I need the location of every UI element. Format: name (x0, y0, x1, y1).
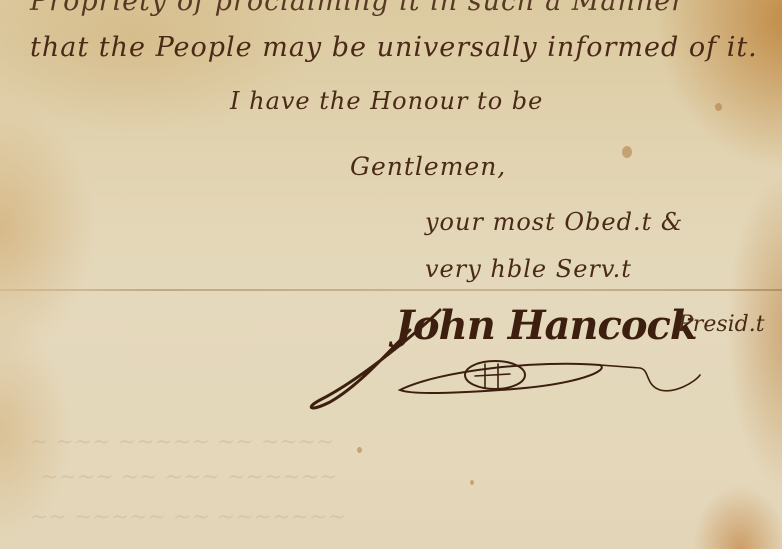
valediction: your most Obed.t & (425, 208, 683, 236)
reverse-bleed-through: ~~ ~~~~~ ~~ ~~~~~~~ (30, 505, 346, 530)
signature-title: Presid.t (678, 312, 765, 337)
closing-line: I have the Honour to be (230, 87, 543, 115)
letter-line: that the People may be universally infor… (30, 32, 758, 63)
signature-name: John Hancock (395, 302, 697, 349)
stain-spot (357, 447, 362, 453)
stain-spot (470, 480, 474, 485)
reverse-bleed-through: ~ ~~~ ~~~~~ ~~ ~~~~ (30, 430, 334, 455)
letter-page: ~ ~~~ ~~~~~ ~~ ~~~~ ~~~~ ~~ ~~~ ~~~~~~ ~… (0, 0, 782, 549)
stain-spot (622, 146, 632, 158)
stain-spot (715, 103, 722, 111)
valediction: very hble Serv.t (425, 255, 632, 283)
salutation: Gentlemen, (350, 152, 506, 181)
reverse-bleed-through: ~~~~ ~~ ~~~ ~~~~~~ (40, 465, 337, 490)
letter-line: Propriety of proclaiming it in such a Ma… (30, 0, 685, 17)
signature: John Hancock Presid.t (300, 290, 782, 420)
